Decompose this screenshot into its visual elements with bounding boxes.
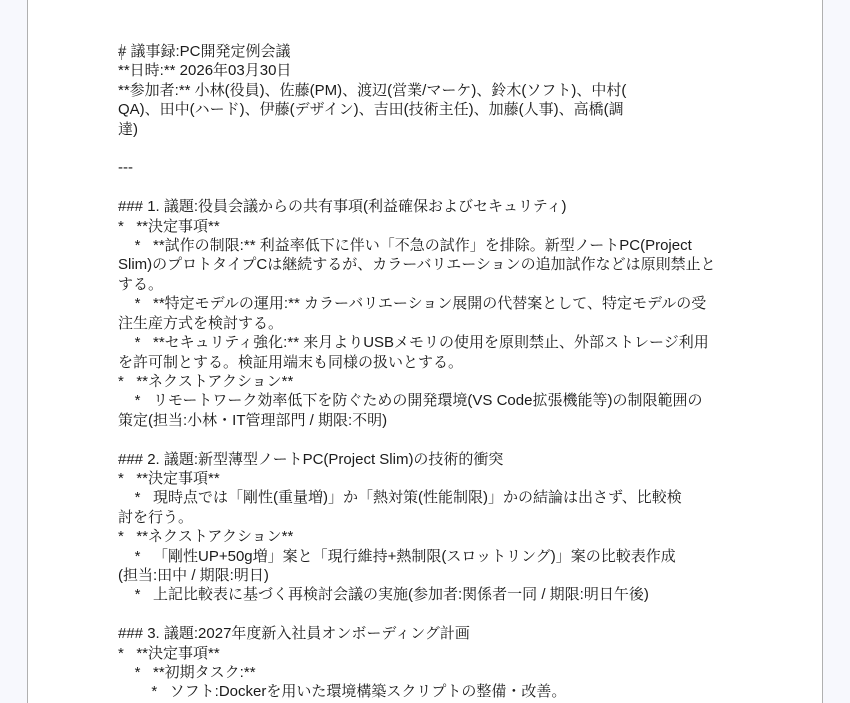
document-panel[interactable]: # 議事録:PC開発定例会議 **日時:** 2026年03月30日 **参加者… (27, 0, 823, 703)
document-text[interactable]: # 議事録:PC開発定例会議 **日時:** 2026年03月30日 **参加者… (118, 0, 732, 702)
document-column: # 議事録:PC開発定例会議 **日時:** 2026年03月30日 **参加者… (118, 0, 732, 703)
app-background: # 議事録:PC開発定例会議 **日時:** 2026年03月30日 **参加者… (0, 0, 850, 703)
text-caret (121, 44, 122, 60)
